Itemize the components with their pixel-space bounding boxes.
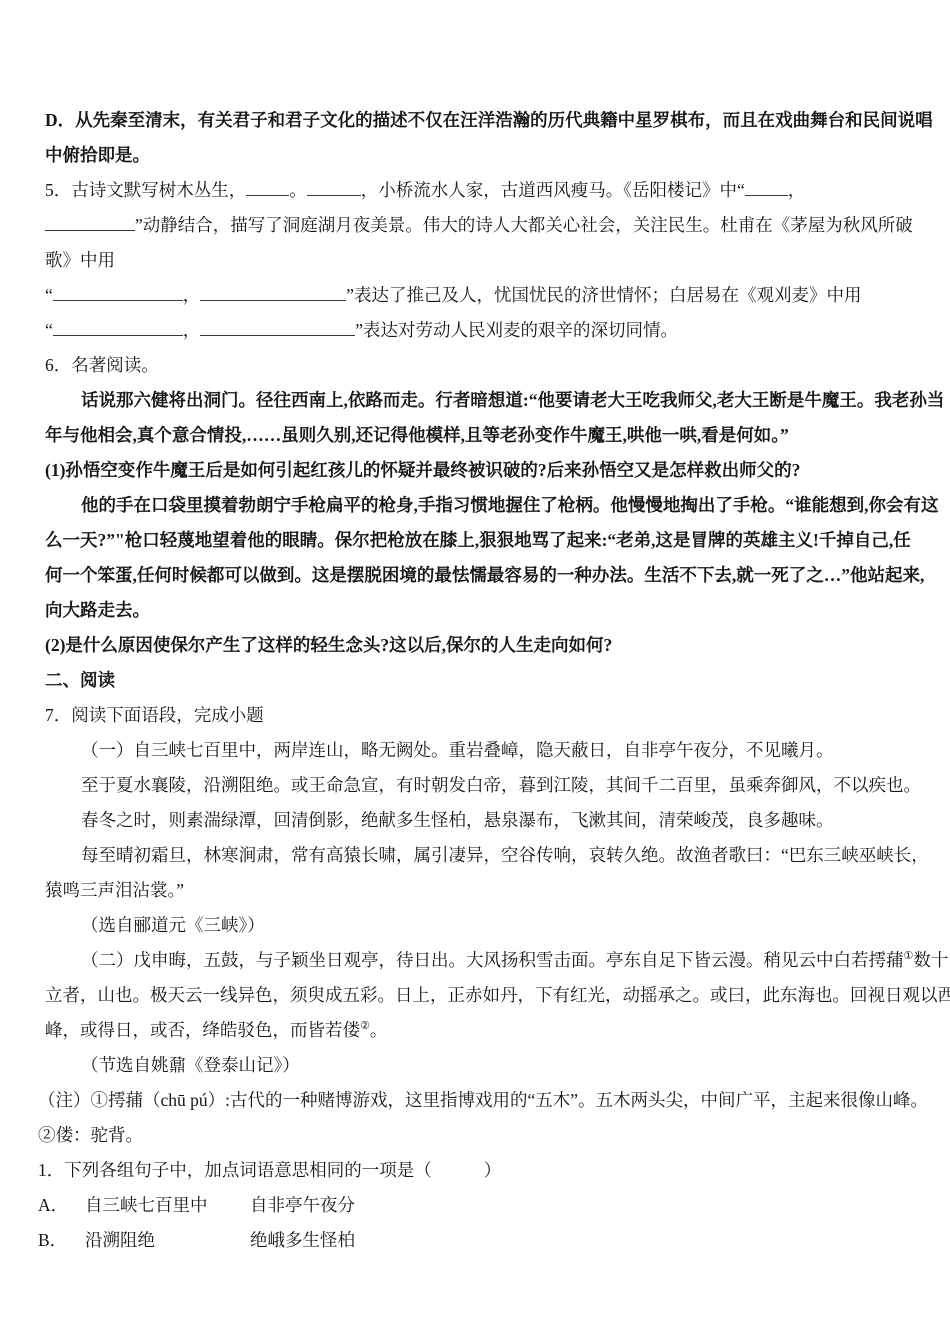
fill-blank [53,320,183,336]
q7-passage1-line4: 每至晴初霜旦，林寒涧肃，常有高猿长啸，属引凄异，空谷传响，哀转久绝。故渔者歌曰：… [45,838,915,873]
q6-novel-quote2-line4: 向大路走去。 [45,593,915,628]
q7-note-1: （注）①摴蒱（chū pú）:古代的一种赌博游戏，这里指博戏用的“五木”。五木两… [38,1083,915,1118]
option-label: A． [38,1188,85,1223]
fill-blank [45,215,135,231]
question-5-line5: “，”表达对劳动人民刈麦的艰辛的深切同情。 [45,313,915,348]
q7-passage1-line2: 至于夏水襄陵，沿溯阻绝。或王命急宣，有时朝发白帝，暮到江陵，其间千二百里，虽乘奔… [45,768,915,803]
option-phrase-right: 自非亭午夜分 [250,1195,355,1215]
question-5-line3: 歌》中用 [45,243,915,278]
question-7-intro: 7．阅读下面语段，完成小题 [45,698,915,733]
option-phrase-right: 绝峨多生怪柏 [250,1230,355,1250]
q6-subquestion-1: (1)孙悟空变作牛魔王后是如何引起红孩儿的怀疑并最终被识破的?后来孙悟空又是怎样… [45,453,915,488]
option-d-line2: 中俯拾即是。 [45,138,915,173]
q7-passage1-line1: （一）自三峡七百里中，两岸连山，略无阙处。重岩叠嶂，隐天蔽日，自非亭午夜分，不见… [45,733,915,768]
q7-passage2-line3: 峰，或得日，或否，绛皓驳色，而皆若偻②。 [45,1013,915,1048]
footnote-marker-1: ① [904,950,914,962]
q6-novel-quote1-line2: 年与他相会,真个意合情投,……虽则久别,还记得他模样,且等老孙变作牛魔王,哄他一… [45,418,915,453]
option-d-line1: D．从先秦至清末，有关君子和君子文化的描述不仅在汪洋浩瀚的历代典籍中星罗棋布，而… [45,103,915,138]
question-5-line4: “，”表达了推己及人，忧国忧民的济世情怀；白居易在《观刈麦》中用 [45,278,915,313]
q6-novel-quote2-line3: 何一个笨蛋,任何时候都可以做到。这是摆脱困境的最怯懦最容易的一种办法。生活不下去… [45,558,915,593]
q7-sub1-option-a: A．自三峡七百里中自非亭午夜分 [38,1188,915,1223]
question-6-title: 6．名著阅读。 [45,348,915,383]
fill-blank [53,285,183,301]
question-5-line2: ”动静结合，描写了洞庭湖月夜美景。伟大的诗人大都关心社会，关注民生。杜甫在《茅屋… [45,208,915,243]
q7-passage2-line2: 立者，山也。极天云一线异色，须臾成五彩。日上，正赤如丹，下有红光，动摇承之。或曰… [45,978,915,1013]
fill-blank [200,285,346,301]
q6-novel-quote2-line2: 么一天?”"枪口轻蔑地望着他的眼睛。保尔把枪放在膝上,狠狠地骂了起来:“老弟,这… [45,523,915,558]
q7-passage1-line5: 猿鸣三声泪沾裳。” [45,873,915,908]
q7-passage2-source: （节选自姚鼐《登泰山记》） [45,1048,915,1083]
fill-blank [200,320,355,336]
q6-subquestion-2: (2)是什么原因使保尔产生了这样的轻生念头?这以后,保尔的人生走向如何? [45,628,915,663]
q5-text: 5．古诗文默写树木丛生， [45,180,246,200]
option-label: B． [38,1223,85,1258]
option-phrase-left: 自三峡七百里中 [85,1188,250,1223]
fill-blank [745,180,788,196]
section-2-title: 二、阅读 [45,663,915,698]
q7-passage2-line1: （二）戊申晦，五鼓，与子颖坐日观亭，待日出。大风扬积雪击面。亭东自足下皆云漫。稍… [45,943,915,978]
q7-sub1-stem: 1．下列各组句子中，加点词语意思相同的一项是（） [38,1153,915,1188]
option-phrase-left: 沿溯阻绝 [85,1223,250,1258]
q7-passage1-source: （选自郦道元《三峡》） [45,908,915,943]
q7-note-2: ②偻：驼背。 [38,1118,915,1153]
footnote-marker-2: ② [360,1020,370,1032]
fill-blank [246,180,289,196]
q6-novel-quote2-line1: 他的手在口袋里摸着勃朗宁手枪扁平的枪身,手指习惯地握住了枪柄。他慢慢地掏出了手枪… [45,488,915,523]
exam-page: D．从先秦至清末，有关君子和君子文化的描述不仅在汪洋浩瀚的历代典籍中星罗棋布，而… [0,0,950,1344]
exam-document: D．从先秦至清末，有关君子和君子文化的描述不仅在汪洋浩瀚的历代典籍中星罗棋布，而… [45,103,915,1258]
question-5-line1: 5．古诗文默写树木丛生，。，小桥流水人家，古道西风瘦马。《岳阳楼记》中“， [45,173,915,208]
q7-sub1-option-b: B．沿溯阻绝绝峨多生怪柏 [38,1223,915,1258]
q7-passage1-line3: 春冬之时，则素湍绿潭，回清倒影，绝献多生怪柏，悬泉瀑布，飞漱其间，清荣峻茂，良多… [45,803,915,838]
fill-blank [307,180,361,196]
q6-novel-quote1-line1: 话说那六健将出洞门。径往西南上,依路而走。行者暗想道:“他要请老大王吃我师父,老… [45,383,915,418]
